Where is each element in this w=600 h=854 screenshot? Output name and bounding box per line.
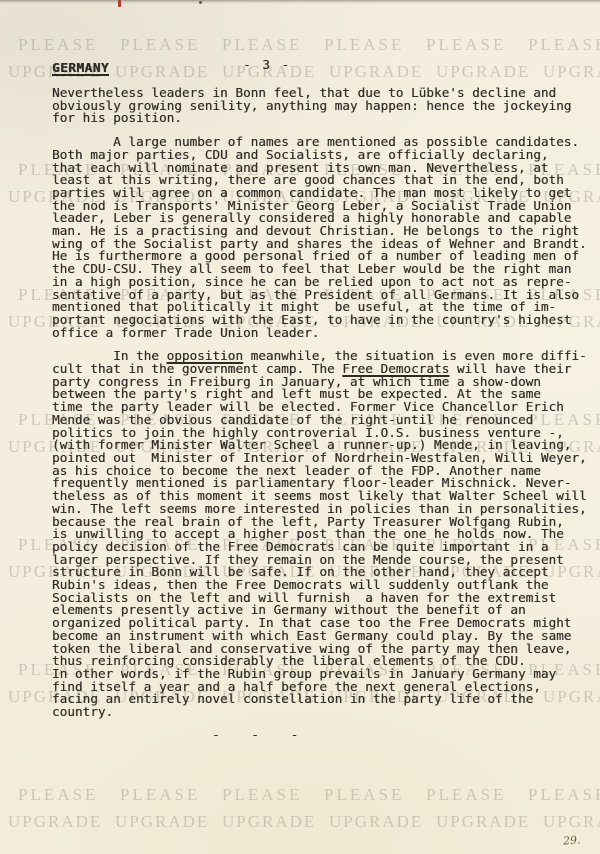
red-pen-mark [118, 0, 121, 7]
text-line: facing an entirely novel constellation i… [52, 693, 592, 706]
watermark-word: PLEASE [528, 785, 600, 805]
watermark-word: PLEASE [324, 785, 404, 805]
watermark-word: PLEASE [528, 35, 600, 55]
watermark-word: PLEASE [120, 35, 200, 55]
watermark-word: PLEASE [18, 785, 98, 805]
watermark-word: PLEASE [18, 35, 98, 55]
paragraph: Nevertheless leaders in Bonn feel, that … [52, 87, 592, 125]
watermark-word: PLEASE [120, 785, 200, 805]
watermark-word: UPGRADE [543, 812, 600, 832]
watermark-word: UPGRADE [115, 812, 209, 832]
watermark-word: PLEASE [222, 785, 302, 805]
typewritten-content: GERMANY - 3 - Nevertheless leaders in Bo… [52, 57, 592, 742]
scanned-document-page: PLEASEUPGRADEPLEASEUPGRADEPLEASEUPGRADEP… [0, 0, 600, 854]
text-line: country. [52, 706, 592, 719]
handwritten-page-note: 29. [563, 833, 581, 847]
watermark-word: PLEASE [324, 35, 404, 55]
body-paragraphs: Nevertheless leaders in Bonn feel, that … [52, 87, 592, 719]
watermark-word: PLEASE [426, 785, 506, 805]
scan-speck [199, 1, 202, 4]
scan-edge-shadow [0, 0, 600, 4]
paragraph: A large number of names are mentioned as… [52, 136, 592, 339]
page-header: GERMANY - 3 - [52, 57, 592, 70]
paragraph: In the opposition meanwhile, the situati… [52, 350, 592, 718]
text-line: for his position. [52, 112, 592, 125]
end-separator-dashes: - - - [212, 727, 592, 742]
watermark-word: UPGRADE [222, 812, 316, 832]
watermark-word: UPGRADE [329, 812, 423, 832]
watermark-word: PLEASE [426, 35, 506, 55]
watermark-word: UPGRADE [436, 812, 530, 832]
watermark-word: PLEASE [222, 35, 302, 55]
page-number: - 3 - [243, 57, 291, 72]
text-line: office a former Trade Union leader. [52, 327, 592, 340]
section-title: GERMANY [52, 61, 109, 76]
watermark-word: UPGRADE [8, 812, 102, 832]
